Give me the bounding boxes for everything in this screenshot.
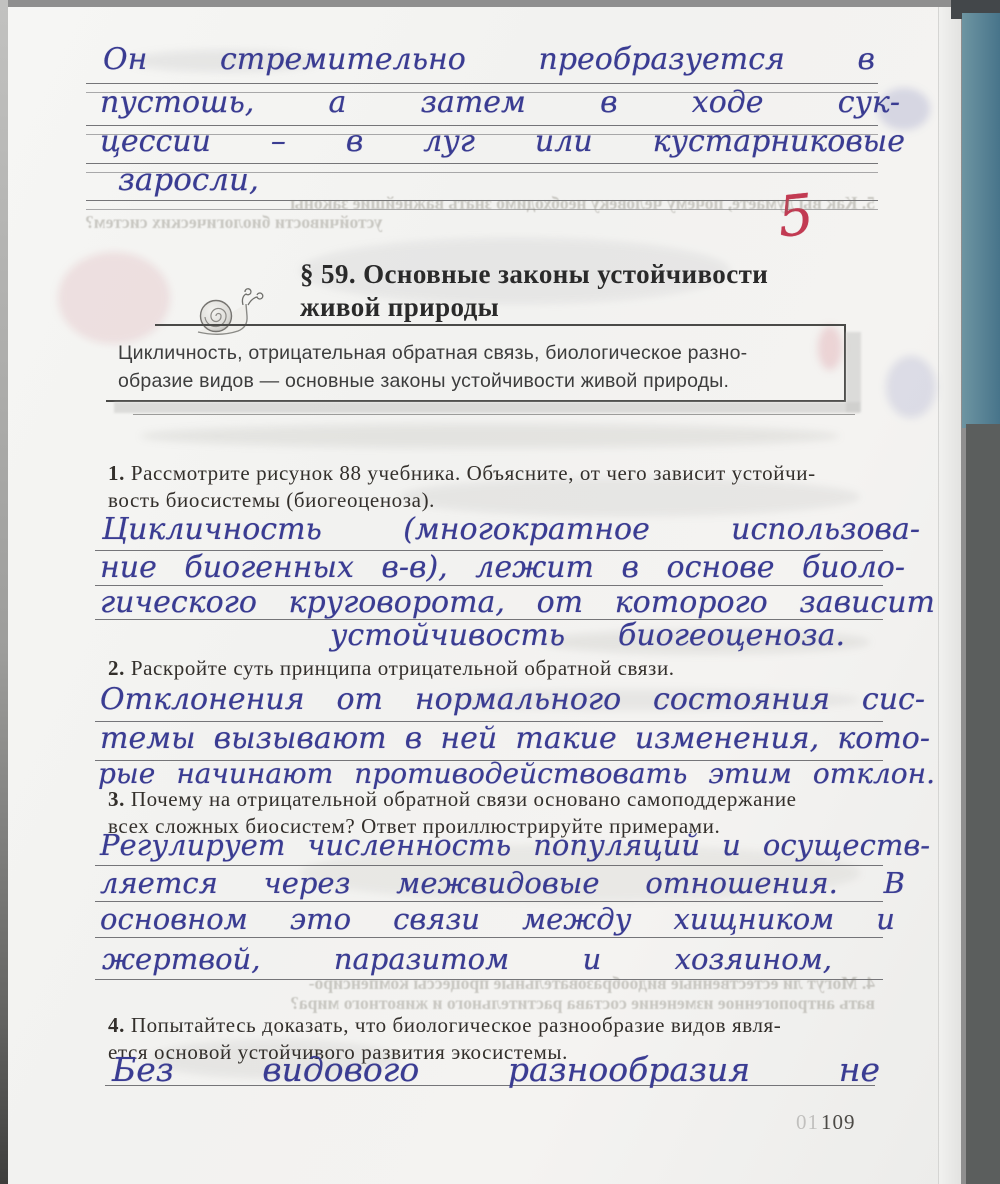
blue-ink-smudge — [886, 356, 936, 418]
handwritten-answer-line: ние биогенных в-в), лежит в основе биоло… — [100, 552, 905, 584]
handwritten-answer-line: Отклонения от нормального состояния сис- — [100, 684, 925, 716]
question-1-text: 1. Рассмотрите рисунок 88 учебника. Объя… — [108, 461, 816, 486]
page-number-ghost: 01 — [796, 1110, 819, 1134]
handwritten-answer-line: гического круговорота, от которого завис… — [100, 587, 935, 619]
handwritten-answer-line: Регулирует численность популяций и осуще… — [100, 830, 930, 860]
page-number-value: 109 — [821, 1110, 856, 1134]
handwritten-line: Он стремительно преобразуется в — [103, 44, 875, 76]
handwritten-answer-line: основном это связи между хищником и — [100, 904, 895, 934]
handwritten-line: цессии – в луг или кустарниковые — [100, 126, 905, 158]
question-2-text: 2. Раскройте суть принципа отрицательной… — [108, 656, 675, 681]
bleedthrough-smudge — [140, 424, 840, 448]
bleedthrough-text: 5. Как вы думаете, почему человеку необх… — [85, 193, 875, 214]
book-left-edge — [0, 0, 8, 1184]
question-3-line1: Почему на отрицательной обратной связи о… — [131, 787, 797, 811]
handwritten-line: пустошь, а затем в ходе сук- — [100, 87, 900, 119]
definition-box-shadow — [846, 332, 861, 412]
question-1-line2: вость биосистемы (биогеоценоза). — [108, 488, 435, 513]
definition-text-line2: образие видов — основные законы устойчив… — [118, 370, 729, 393]
question-3-text: 3. Почему на отрицательной обратной связ… — [108, 787, 797, 812]
definition-text-line1: Цикличность, отрицательная обратная связ… — [118, 342, 747, 365]
section-heading-line1: § 59. Основные законы устойчивости — [300, 259, 768, 290]
scanned-workbook-page: Он стремительно преобразуется в пустошь,… — [0, 0, 1000, 1184]
handwritten-answer-line: ляется через межвидовые отношения. В — [100, 868, 905, 898]
handwritten-line: заросли, — [118, 164, 259, 197]
handwritten-answer-line: Без видового разнообразия не — [112, 1053, 880, 1088]
question-3-number: 3. — [108, 787, 125, 811]
divider-line — [133, 414, 855, 415]
question-4-text: 4. Попытайтесь доказать, что биологическ… — [108, 1013, 781, 1038]
handwritten-answer-line: устойчивость биогеоценоза. — [330, 620, 845, 652]
book-cover-teal-strip — [962, 13, 1000, 428]
question-4-number: 4. — [108, 1013, 125, 1037]
book-cover-dark-strip — [966, 424, 1000, 1184]
pink-ink-smudge — [818, 326, 842, 370]
definition-box-top-border — [155, 324, 845, 326]
pink-ink-smudge — [58, 252, 170, 344]
question-4-line1: Попытайтесь доказать, что биологическое … — [131, 1013, 782, 1037]
snail-icon — [186, 286, 266, 338]
question-1-number: 1. — [108, 461, 125, 485]
page-number: 01109 — [796, 1110, 856, 1135]
handwritten-answer-line: рые начинают противодействовать этим отк… — [98, 759, 935, 788]
page-fold-edge — [938, 7, 961, 1184]
bleedthrough-text: 4. Могут ли естественные видообразовател… — [95, 973, 875, 994]
question-2-line1: Раскройте суть принципа отрицательной об… — [131, 656, 675, 680]
bleedthrough-text: устойчивости биологических систем? — [85, 212, 875, 233]
bleedthrough-text: вать антропогенное изменение состава рас… — [95, 993, 875, 1014]
question-2-number: 2. — [108, 656, 125, 680]
handwritten-answer-line: темы вызывают в ней такие изменения, кот… — [100, 723, 930, 755]
answer-rule-line — [95, 937, 883, 938]
handwritten-answer-line: Цикличность (многократное использова- — [102, 514, 920, 546]
definition-box-shadow — [114, 402, 860, 413]
question-1-line1: Рассмотрите рисунок 88 учебника. Объясни… — [131, 461, 816, 485]
handwritten-answer-line: жертвой, паразитом и хозяином, — [102, 944, 832, 974]
section-heading-line2: живой природы — [300, 292, 499, 323]
